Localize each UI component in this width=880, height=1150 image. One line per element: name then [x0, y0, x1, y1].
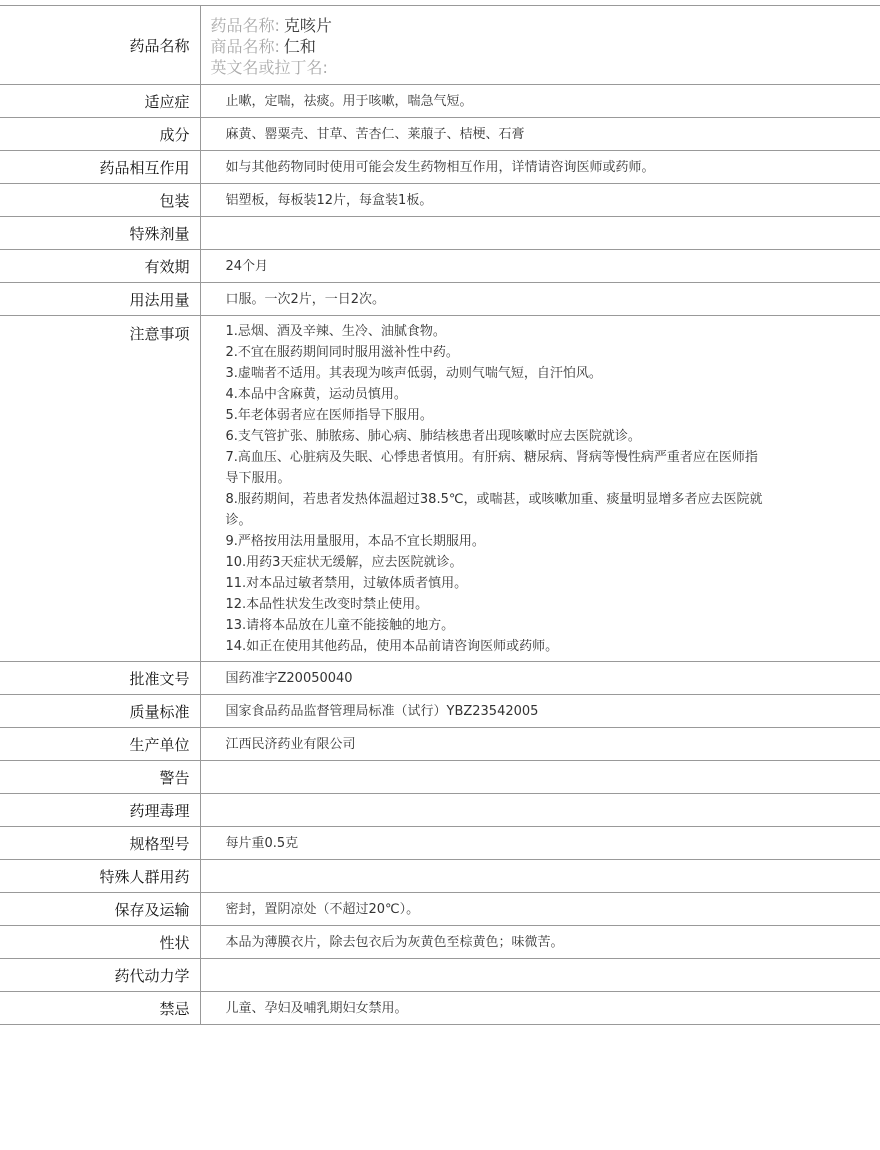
precaution-item: 13.请将本品放在儿童不能接触的地方。 — [226, 615, 771, 636]
row-special-dosage: 特殊剂量 — [0, 217, 880, 250]
row-label: 批准文号 — [0, 662, 200, 695]
trade-name-line: 商品名称:仁和 — [211, 36, 880, 57]
row-label: 药品名称 — [0, 6, 200, 85]
row-value: 国药准字Z20050040 — [200, 662, 880, 695]
row-label: 药理毒理 — [0, 794, 200, 827]
precaution-item: 10.用药3天症状无缓解，应去医院就诊。 — [226, 552, 771, 573]
row-value: 儿童、孕妇及哺乳期妇女禁用。 — [200, 992, 880, 1025]
precaution-item: 6.支气管扩张、肺脓疡、肺心病、肺结核患者出现咳嗽时应去医院就诊。 — [226, 426, 771, 447]
row-value — [200, 217, 880, 250]
row-label: 适应症 — [0, 85, 200, 118]
drug-spec-table: 药品名称 药品名称:克咳片 商品名称:仁和 英文名或拉丁名: 适应症 止嗽，定喘… — [0, 5, 880, 1025]
row-label: 用法用量 — [0, 283, 200, 316]
row-precautions: 注意事项 1.忌烟、酒及辛辣、生冷、油腻食物。 2.不宜在服药期间同时服用滋补性… — [0, 316, 880, 662]
row-value: 江西民济药业有限公司 — [200, 728, 880, 761]
precaution-item: 1.忌烟、酒及辛辣、生冷、油腻食物。 — [226, 321, 771, 342]
row-value: 止嗽，定喘，祛痰。用于咳嗽，喘急气短。 — [200, 85, 880, 118]
precaution-item: 8.服药期间，若患者发热体温超过38.5℃，或喘甚，或咳嗽加重、痰量明显增多者应… — [226, 489, 771, 531]
row-value: 如与其他药物同时使用可能会发生药物相互作用，详情请咨询医师或药师。 — [200, 151, 880, 184]
precaution-item: 4.本品中含麻黄，运动员慎用。 — [226, 384, 771, 405]
row-quality-standard: 质量标准 国家食品药品监督管理局标准（试行）YBZ23542005 — [0, 695, 880, 728]
row-label: 成分 — [0, 118, 200, 151]
precaution-item: 14.如正在使用其他药品，使用本品前请咨询医师或药师。 — [226, 636, 771, 657]
row-label: 药代动力学 — [0, 959, 200, 992]
row-label: 特殊人群用药 — [0, 860, 200, 893]
precaution-item: 3.虚喘者不适用。其表现为咳声低弱，动则气喘气短，自汗怕风。 — [226, 363, 771, 384]
drug-name-values: 药品名称:克咳片 商品名称:仁和 英文名或拉丁名: — [200, 6, 880, 85]
precaution-item: 7.高血压、心脏病及失眠、心悸患者慎用。有肝病、糖尿病、肾病等慢性病严重者应在医… — [226, 447, 771, 489]
row-value — [200, 794, 880, 827]
precaution-item: 2.不宜在服药期间同时服用滋补性中药。 — [226, 342, 771, 363]
row-indications: 适应症 止嗽，定喘，祛痰。用于咳嗽，喘急气短。 — [0, 85, 880, 118]
generic-name-value: 克咳片 — [284, 16, 332, 35]
row-value — [200, 959, 880, 992]
row-shelf-life: 有效期 24个月 — [0, 250, 880, 283]
generic-name-line: 药品名称:克咳片 — [211, 15, 880, 36]
row-label: 规格型号 — [0, 827, 200, 860]
row-value: 麻黄、罂粟壳、甘草、苦杏仁、莱菔子、桔梗、石膏 — [200, 118, 880, 151]
row-label: 警告 — [0, 761, 200, 794]
row-approval-number: 批准文号 国药准字Z20050040 — [0, 662, 880, 695]
row-special-populations: 特殊人群用药 — [0, 860, 880, 893]
row-label: 禁忌 — [0, 992, 200, 1025]
row-value: 铝塑板，每板装12片，每盒装1板。 — [200, 184, 880, 217]
row-label: 性状 — [0, 926, 200, 959]
trade-name-key: 商品名称: — [211, 37, 280, 56]
row-value: 每片重0.5克 — [200, 827, 880, 860]
trade-name-value: 仁和 — [284, 37, 316, 56]
row-drug-name: 药品名称 药品名称:克咳片 商品名称:仁和 英文名或拉丁名: — [0, 6, 880, 85]
row-value — [200, 860, 880, 893]
row-value: 密封，置阴凉处（不超过20℃）。 — [200, 893, 880, 926]
english-latin-name-line: 英文名或拉丁名: — [211, 57, 880, 78]
precaution-item: 12.本品性状发生改变时禁止使用。 — [226, 594, 771, 615]
row-label: 有效期 — [0, 250, 200, 283]
row-label: 保存及运输 — [0, 893, 200, 926]
row-specification: 规格型号 每片重0.5克 — [0, 827, 880, 860]
precaution-item: 9.严格按用法用量服用，本品不宜长期服用。 — [226, 531, 771, 552]
generic-name-key: 药品名称: — [211, 16, 280, 35]
row-dosage: 用法用量 口服。一次2片，一日2次。 — [0, 283, 880, 316]
row-label: 注意事项 — [0, 316, 200, 662]
row-value: 本品为薄膜衣片，除去包衣后为灰黄色至棕黄色；味微苦。 — [200, 926, 880, 959]
row-value — [200, 761, 880, 794]
row-label: 药品相互作用 — [0, 151, 200, 184]
row-pharmacology-toxicology: 药理毒理 — [0, 794, 880, 827]
precaution-item: 11.对本品过敏者禁用，过敏体质者慎用。 — [226, 573, 771, 594]
row-manufacturer: 生产单位 江西民济药业有限公司 — [0, 728, 880, 761]
row-value: 口服。一次2片，一日2次。 — [200, 283, 880, 316]
row-label: 生产单位 — [0, 728, 200, 761]
row-description: 性状 本品为薄膜衣片，除去包衣后为灰黄色至棕黄色；味微苦。 — [0, 926, 880, 959]
row-label: 包装 — [0, 184, 200, 217]
precaution-item: 5.年老体弱者应在医师指导下服用。 — [226, 405, 771, 426]
row-value: 24个月 — [200, 250, 880, 283]
row-label: 特殊剂量 — [0, 217, 200, 250]
row-value: 国家食品药品监督管理局标准（试行）YBZ23542005 — [200, 695, 880, 728]
row-packaging: 包装 铝塑板，每板装12片，每盒装1板。 — [0, 184, 880, 217]
row-contraindications: 禁忌 儿童、孕妇及哺乳期妇女禁用。 — [0, 992, 880, 1025]
row-warning: 警告 — [0, 761, 880, 794]
row-label: 质量标准 — [0, 695, 200, 728]
row-interactions: 药品相互作用 如与其他药物同时使用可能会发生药物相互作用，详情请咨询医师或药师。 — [0, 151, 880, 184]
row-pharmacokinetics: 药代动力学 — [0, 959, 880, 992]
row-storage: 保存及运输 密封，置阴凉处（不超过20℃）。 — [0, 893, 880, 926]
english-latin-name-key: 英文名或拉丁名: — [211, 58, 328, 77]
row-ingredients: 成分 麻黄、罂粟壳、甘草、苦杏仁、莱菔子、桔梗、石膏 — [0, 118, 880, 151]
precautions-list: 1.忌烟、酒及辛辣、生冷、油腻食物。 2.不宜在服药期间同时服用滋补性中药。 3… — [200, 316, 880, 662]
